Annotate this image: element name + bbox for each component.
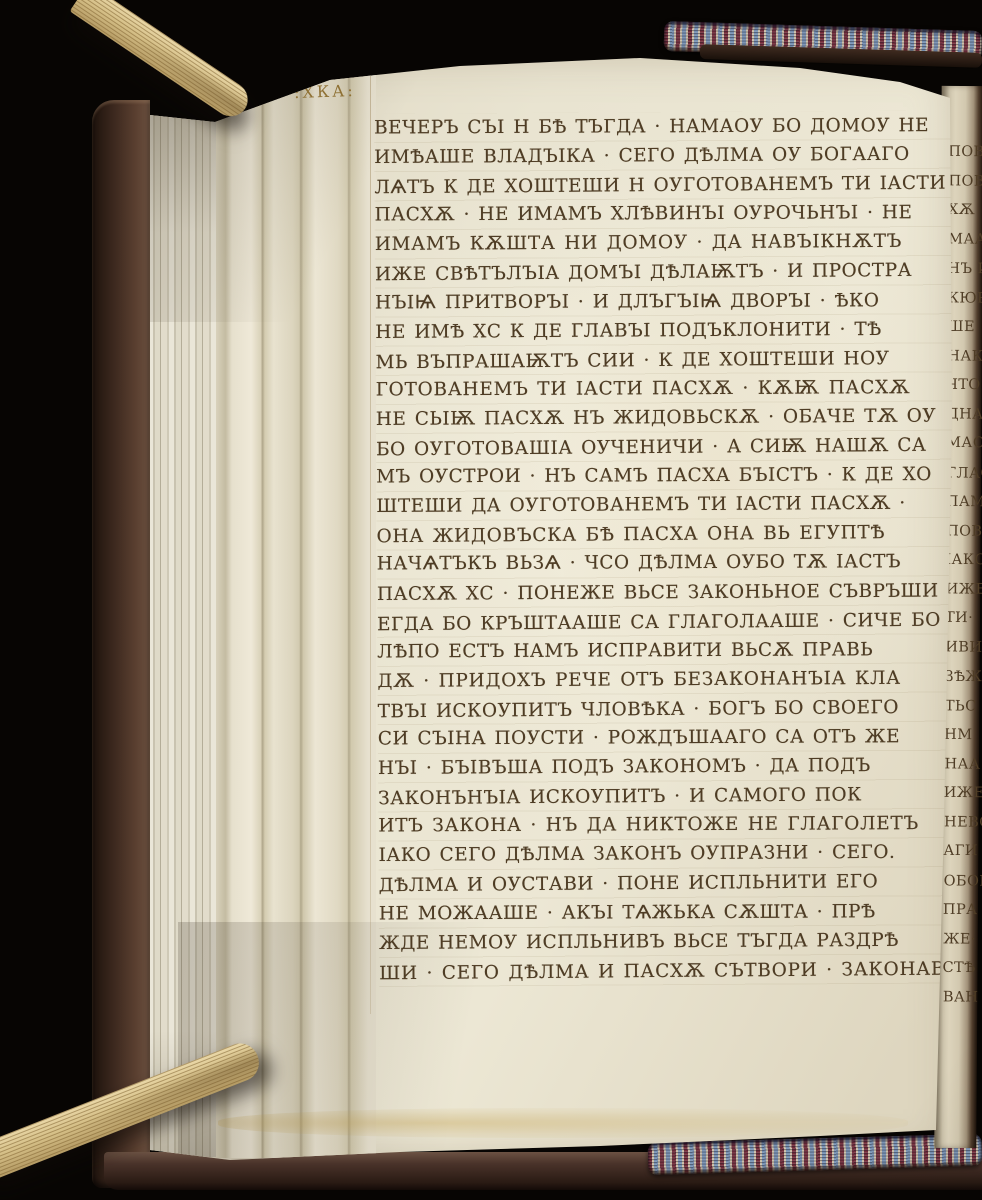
margin-ruling-line [370,76,371,1014]
recto-line-fragment: ИЖЕ [946,576,980,605]
manuscript-line: ДѢЛМА И ОУСТАВИ · ПОНЕ ИСПЛЬНИТИ ЕГО [379,867,965,901]
recto-line-fragment: ПОВ [948,138,982,167]
manuscript-line: НАЧѦТЪКЪ ВЬЗѦ · ЧСО ДѢЛМА ОУБО ТѪ ІАСТЪ [377,547,963,579]
recto-line-fragment: МАА [948,226,982,255]
recto-line-fragment: НАА [944,750,978,779]
recto-line-fragment: ІАКО [945,546,979,575]
wooden-pointer-top [70,0,255,123]
manuscript-line: НЕ СЬІѬ ПАСХѪ НЪ ЖИДОВЬСКѪ · ОБАЧЕ ТѪ ОУ [376,401,962,434]
manuscript-line: НЪІѨ ПРИТВОРЪІ · И ДЛЪГЪІѨ ДВОРЪІ · ѢКО [375,285,961,317]
verso-page: :Х́КА: ВЕЧЕРЪ СЪІ Н БѢ ТЪГДА · НАМАОУ БО… [148,52,958,1164]
manuscript-line: ЛѢПО ЕСТЪ НАМЪ ИСПРАВИТИ ВЬСѪ ПРАВЬ [377,635,963,667]
manuscript-text-block: ВЕЧЕРЪ СЪІ Н БѢ ТЪГДА · НАМАОУ БО ДОМОУ … [374,110,965,986]
manuscript-line: ИТЪ ЗАКОНА · НЪ ДА НИКТОЖЕ НЕ ГЛАГОЛЕТЪ [378,809,964,841]
recto-line-fragment: СТѢ [942,954,976,983]
recto-line-fragment: НЪ И [947,254,981,283]
recto-line-fragment: ХѪ [948,196,982,225]
recto-line-fragment: ПРА [943,896,977,925]
recto-line-fragment: ИЖЕ [944,779,978,808]
leaf-fold-edges [216,70,376,1158]
page-edge-stack [148,107,218,1157]
manuscript-line: ИЖЕ СВѢТЪЛЪІА ДОМЪІ ДѢЛАѬТЪ · И ПРОСТРА [375,256,961,290]
manuscript-line: НЕ ИМѢ ХС К ДЕ ГЛАВЪІ ПОДЪКЛОНИТИ · ТѢ [375,314,961,347]
folio-number: :Х́КА: [294,81,356,102]
recto-line-fragment: НАК [947,342,981,371]
manuscript-line: ЖДЕ НЕМОУ ИСПЛЬНИВЪ ВЬСЕ ТЪГДА РАЗДРѢ [379,925,965,958]
recto-line-fragment: ПАМ [946,488,980,517]
manuscript-line: МЪ ОУСТРОИ · НЪ САМЪ ПАСХА БЪІСТЪ · К ДЕ… [376,460,962,492]
recto-line-fragment: ВАН [943,983,977,1012]
manuscript-line: ІАКО СЕГО ДѢЛМА ЗАКОНЪ ОУПРАЗНИ · СЕГО. [378,838,964,871]
manuscript-line: ГОТОВАНЕМЪ ТИ ІАСТИ ПАСХѪ · КѪѬ ПАСХѪ [376,373,962,405]
manuscript-line: СИ СЪІНА ПОУСТИ · РОЖДЪШААГО СА ОТЪ ЖЕ [378,722,964,754]
recto-line-fragment: ПОВ [948,168,982,197]
recto-line-fragment: ЖЕ· [943,925,977,954]
manuscript-photo-scene: ПОВПОВХѪМААНЪ ИКЮРШЕНАКЧТОДНАМАОГЛАСПАМП… [0,0,982,1200]
recto-line-fragment: КЮР [948,284,982,313]
manuscript-line: ВЕЧЕРЪ СЪІ Н БѢ ТЪГДА · НАМАОУ БО ДОМОУ … [374,111,960,143]
recto-line-fragment: ГЛАС [946,459,980,488]
recto-line-fragment: ТИ· [945,604,979,633]
manuscript-line: ИМѢАШЕ ВЛАДЪІКА · СЕГО ДѢЛМА ОУ БОГААГО [374,140,960,173]
manuscript-line: НЕ МОЖААШЕ · АКЪІ ТѦЖЬКА СѪШТА · ПРѢ [379,896,965,928]
manuscript-line: МЬ ВЪПРАШАѬТЪ СИИ · К ДЕ ХОШТЕШИ НОУ [375,343,961,377]
manuscript-line: ДѪ · ПРИДОХЪ РЕЧЕ ОТЪ БЕЗАКОНАНЪІА КЛА [377,663,963,696]
manuscript-line: ПАСХѪ · НЕ ИМАМЪ ХЛѢВИНЪІ ОУРОЧЬНЪІ · НЕ [375,198,961,230]
recto-line-fragment: ОБОВ [944,867,978,896]
manuscript-line: ПАСХѪ ХС · ПОНЕЖЕ ВЬСЕ ЗАКОНЬНОЕ СЪВРЪШИ [377,576,963,609]
recto-line-fragment: ЗѢЖ [944,662,978,691]
recto-line-fragment: НЕВО [944,809,978,838]
book-cover-left-edge [92,100,150,1188]
recto-line-fragment: НМ [944,721,978,750]
manuscript-line: ЕГДА БО КРЪШТААШЕ СА ГЛАГОЛААШЕ · СИЧЕ Б… [377,605,963,639]
manuscript-line: ТВЪІ ИСКОУПИТЪ ЧЛОВѢКА · БОГЪ БО СВОЕГО [378,692,964,726]
recto-line-fragment: АГИ [943,837,977,866]
recto-line-fragment: ИВИ [945,634,979,663]
recto-line-fragment: ШЕ [947,313,981,342]
recto-line-fragment: ПОВЕ [946,517,980,546]
manuscript-line: ШТЕШИ ДА ОУГОТОВАНЕМЪ ТИ ІАСТИ ПАСХѪ · [376,489,962,522]
manuscript-line: ИМАМЪ КѪШТА НИ ДОМОУ · ДА НАВЪІКНѪТЪ [375,227,961,260]
manuscript-line: НЪІ · БЪІВЪША ПОДЪ ЗАКОНОМЪ · ДА ПОДЪ [378,750,964,783]
manuscript-line: ШИ · СЕГО ДѢЛМА И ПАСХѪ СЪТВОРИ · ЗАКОНА… [379,954,965,988]
recto-line-fragment: ТЬС [945,692,979,721]
